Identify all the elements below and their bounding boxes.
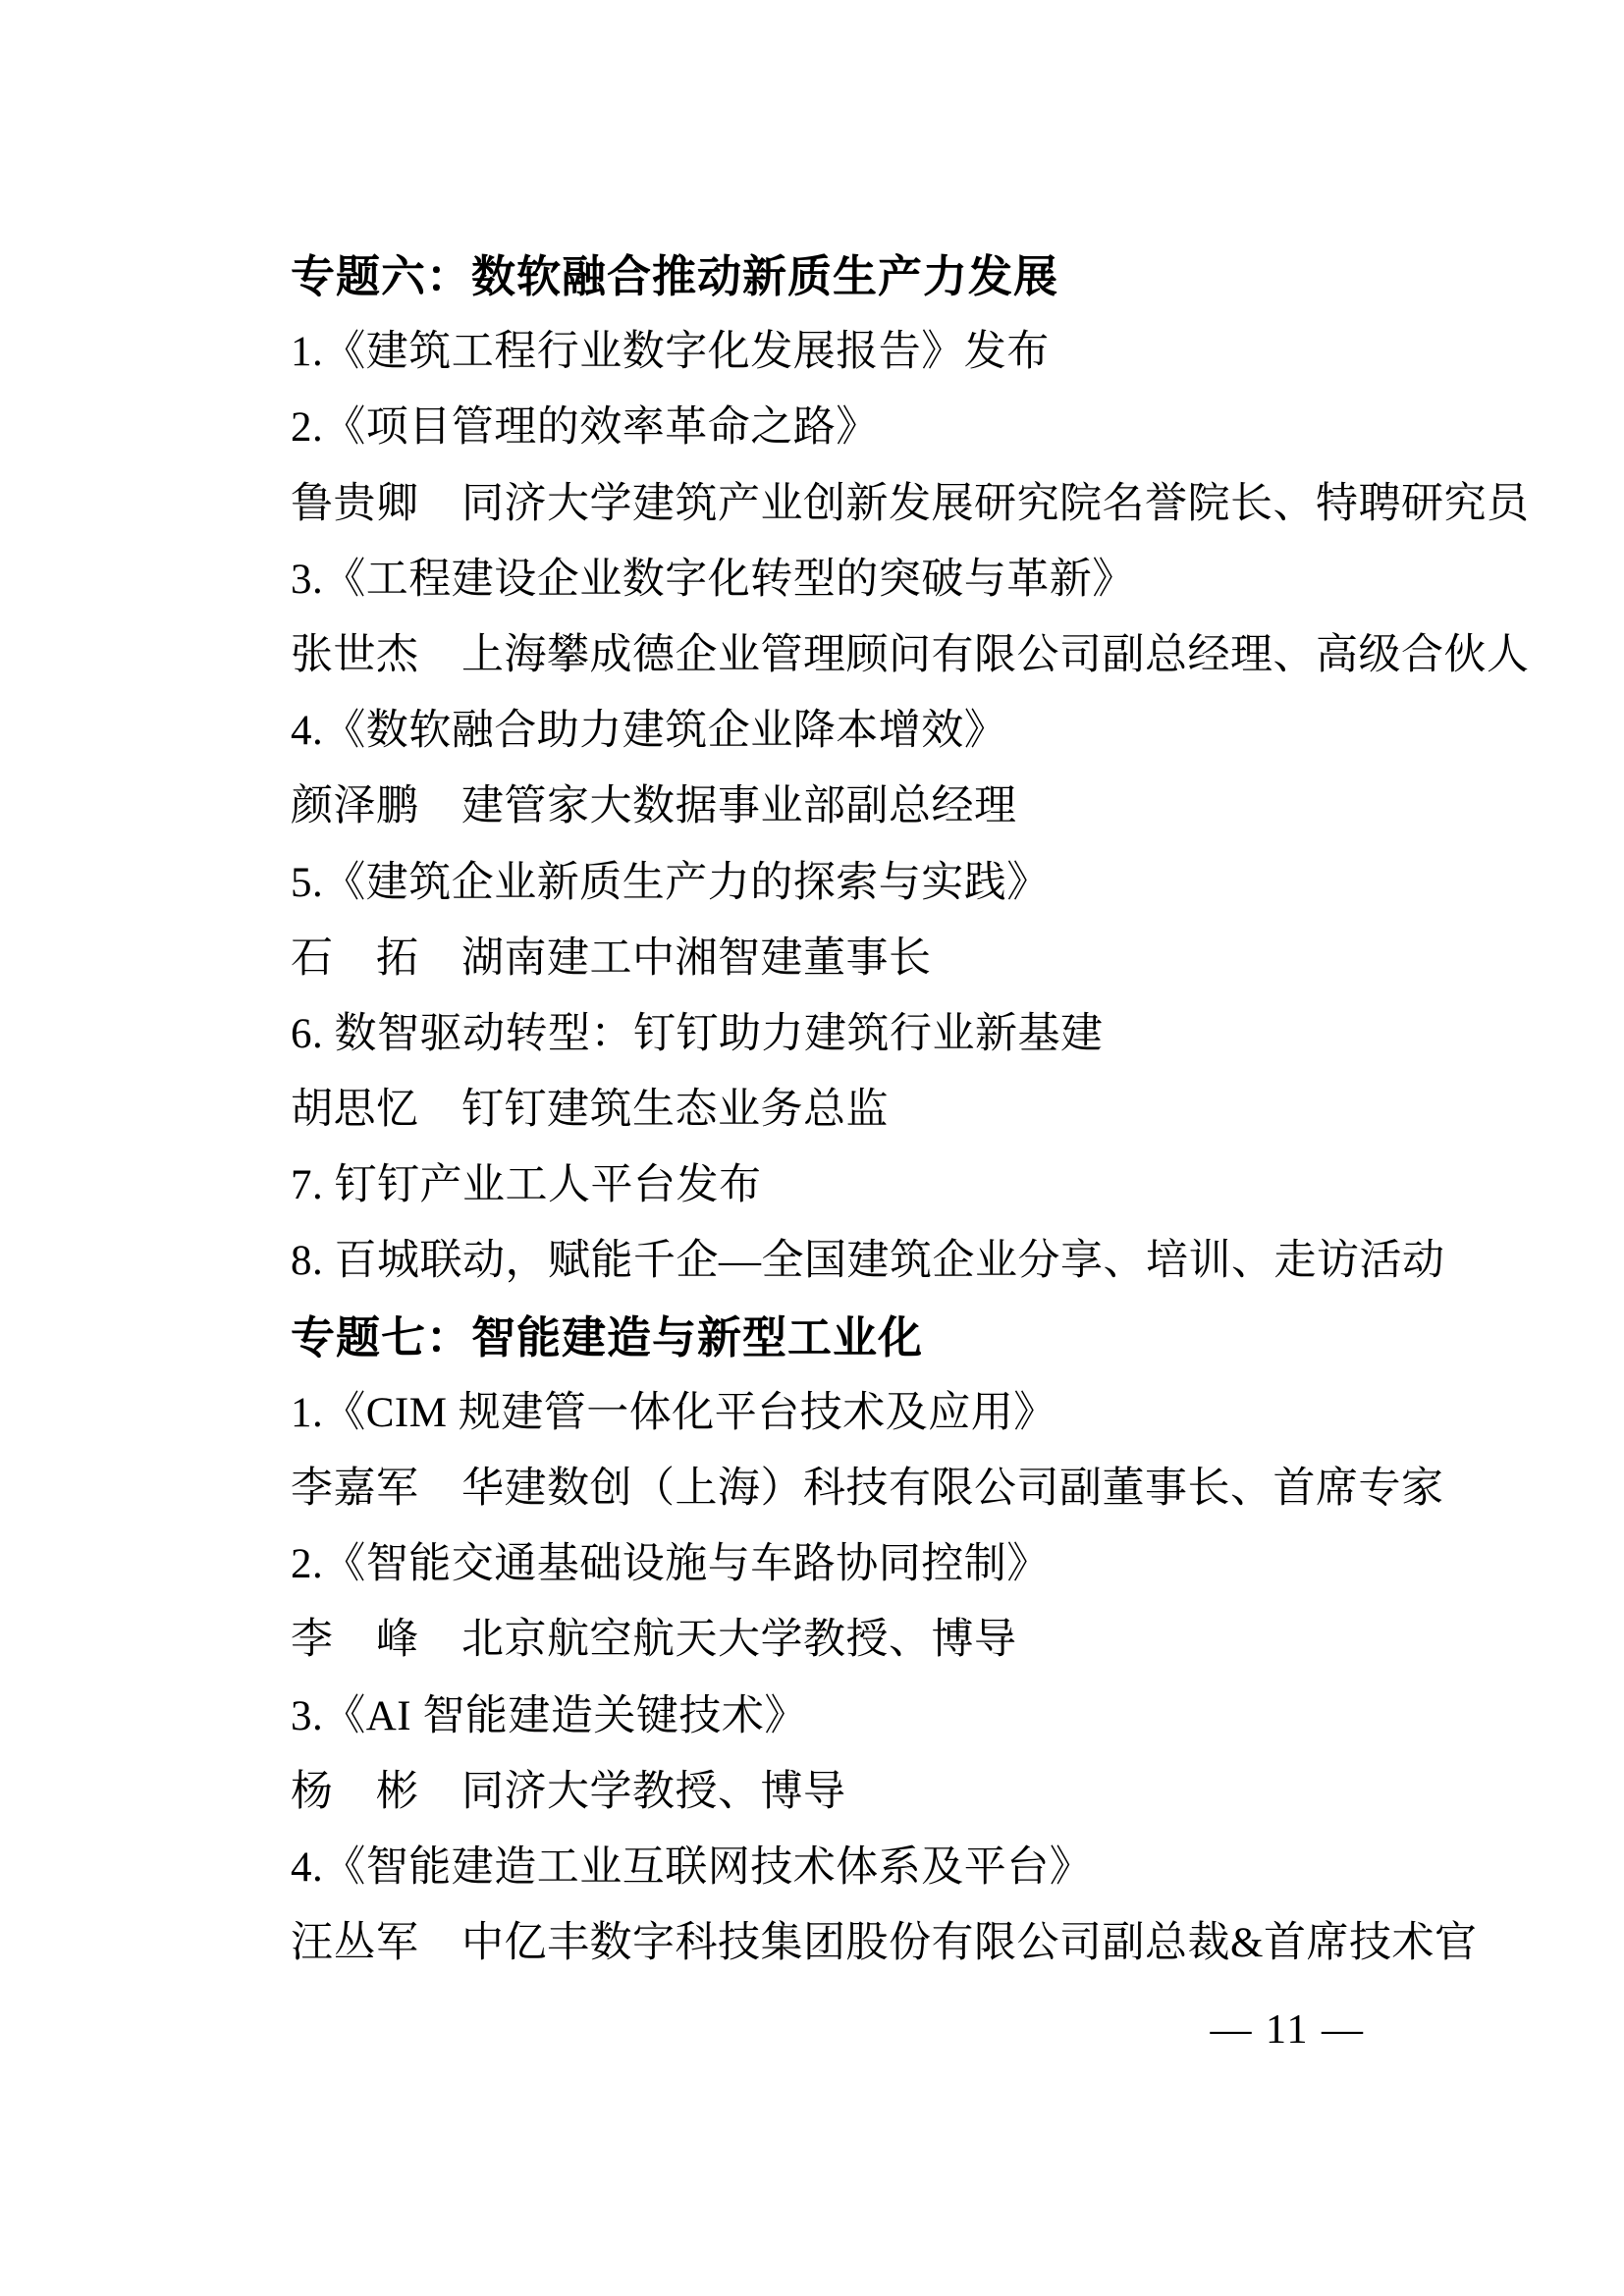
agenda-line: 2.《项目管理的效率革命之路》 — [291, 390, 1530, 465]
agenda-line: 1.《CIM 规建管一体化平台技术及应用》 — [291, 1375, 1530, 1451]
agenda-line: 3.《AI 智能建造关键技术》 — [291, 1679, 1530, 1754]
agenda-line: 杨 彬 同济大学教授、博导 — [291, 1754, 1530, 1830]
agenda-line: 4.《数软融合助力建筑企业降本增效》 — [291, 693, 1530, 769]
section-7-heading: 专题七：智能建造与新型工业化 — [291, 1300, 1530, 1375]
agenda-line: 1.《建筑工程行业数字化发展报告》发布 — [291, 314, 1530, 390]
agenda-line: 石 拓 湖南建工中湘智建董事长 — [291, 921, 1530, 996]
agenda-line: 7. 钉钉产业工人平台发布 — [291, 1148, 1530, 1223]
page-number: — 11 — — [1211, 2007, 1365, 2053]
agenda-line: 鲁贵卿 同济大学建筑产业创新发展研究院名誉院长、特聘研究员 — [291, 466, 1530, 542]
agenda-line: 8. 百城联动，赋能千企—全国建筑企业分享、培训、走访活动 — [291, 1223, 1530, 1299]
agenda-line: 胡思忆 钉钉建筑生态业务总监 — [291, 1072, 1530, 1148]
agenda-line: 汪丛军 中亿丰数字科技集团股份有限公司副总裁&首席技术官 — [291, 1905, 1530, 1981]
agenda-line: 李嘉军 华建数创（上海）科技有限公司副董事长、首席专家 — [291, 1451, 1530, 1526]
page-footer: — 11 — — [1211, 2009, 1365, 2051]
section-6-heading: 专题六：数软融合推动新质生产力发展 — [291, 239, 1530, 314]
agenda-line: 4.《智能建造工业互联网技术体系及平台》 — [291, 1830, 1530, 1905]
agenda-line: 6. 数智驱动转型：钉钉助力建筑行业新基建 — [291, 996, 1530, 1072]
agenda-line: 颜泽鹏 建管家大数据事业部副总经理 — [291, 769, 1530, 844]
agenda-line: 3.《工程建设企业数字化转型的突破与革新》 — [291, 542, 1530, 617]
agenda-content: 专题六：数软融合推动新质生产力发展 1.《建筑工程行业数字化发展报告》发布 2.… — [291, 239, 1530, 1981]
agenda-line: 李 峰 北京航空航天大学教授、博导 — [291, 1602, 1530, 1678]
agenda-line: 5.《建筑企业新质生产力的探索与实践》 — [291, 845, 1530, 921]
agenda-line: 2.《智能交通基础设施与车路协同控制》 — [291, 1526, 1530, 1602]
agenda-line: 张世杰 上海攀成德企业管理顾问有限公司副总经理、高级合伙人 — [291, 617, 1530, 693]
document-page: 专题六：数软融合推动新质生产力发展 1.《建筑工程行业数字化发展报告》发布 2.… — [0, 0, 1624, 2296]
